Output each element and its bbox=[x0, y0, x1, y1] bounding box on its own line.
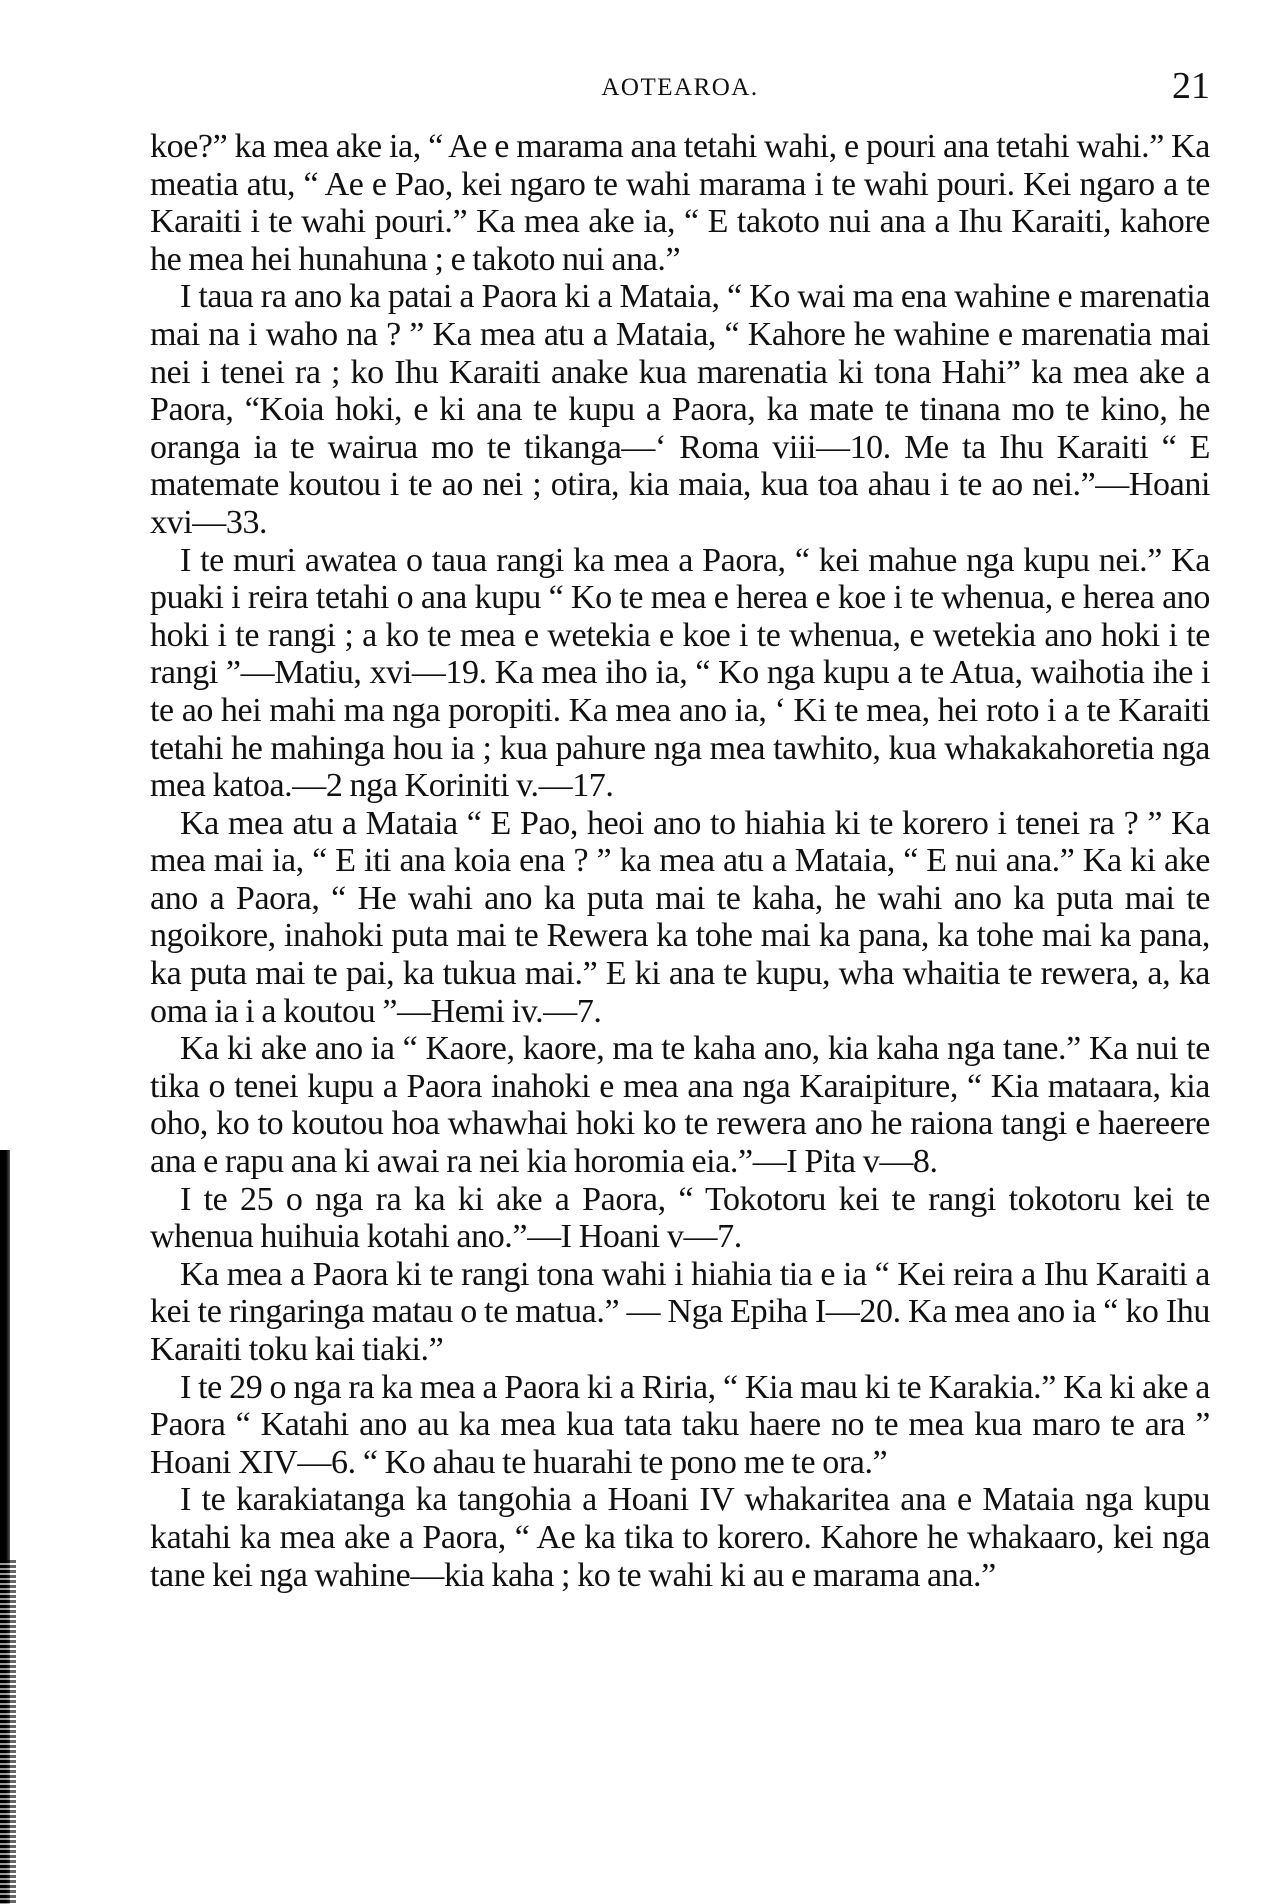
paragraph-8: I te 29 o nga ra ka mea a Paora ki a Rir… bbox=[150, 1369, 1210, 1482]
page-body: koe?” ka mea ake ia, “ Ae e marama ana t… bbox=[150, 128, 1210, 1594]
paragraph-6: I te 25 o nga ra ka ki ake a Paora, “ To… bbox=[150, 1181, 1210, 1256]
page-number: 21 bbox=[1172, 64, 1210, 108]
paragraph-4: Ka mea atu a Mataia “ E Pao, heoi ano to… bbox=[150, 805, 1210, 1031]
paragraph-2: I taua ra ano ka patai a Paora ki a Mata… bbox=[150, 278, 1210, 541]
paragraph-7: Ka mea a Paora ki te rangi tona wahi i h… bbox=[150, 1256, 1210, 1369]
book-page: AOTEAROA. 21 koe?” ka mea ake ia, “ Ae e… bbox=[150, 0, 1210, 1594]
paragraph-5: Ka ki ake ano ia “ Kaore, kaore, ma te k… bbox=[150, 1030, 1210, 1180]
running-title: AOTEAROA. bbox=[150, 74, 1210, 102]
paragraph-9: I te karakiatanga ka tangohia a Hoani IV… bbox=[150, 1481, 1210, 1594]
scan-binding-shadow bbox=[0, 1560, 16, 1904]
paragraph-1: koe?” ka mea ake ia, “ Ae e marama ana t… bbox=[150, 128, 1210, 278]
page-header: AOTEAROA. 21 bbox=[150, 0, 1210, 128]
paragraph-3: I te muri awatea o taua rangi ka mea a P… bbox=[150, 542, 1210, 805]
